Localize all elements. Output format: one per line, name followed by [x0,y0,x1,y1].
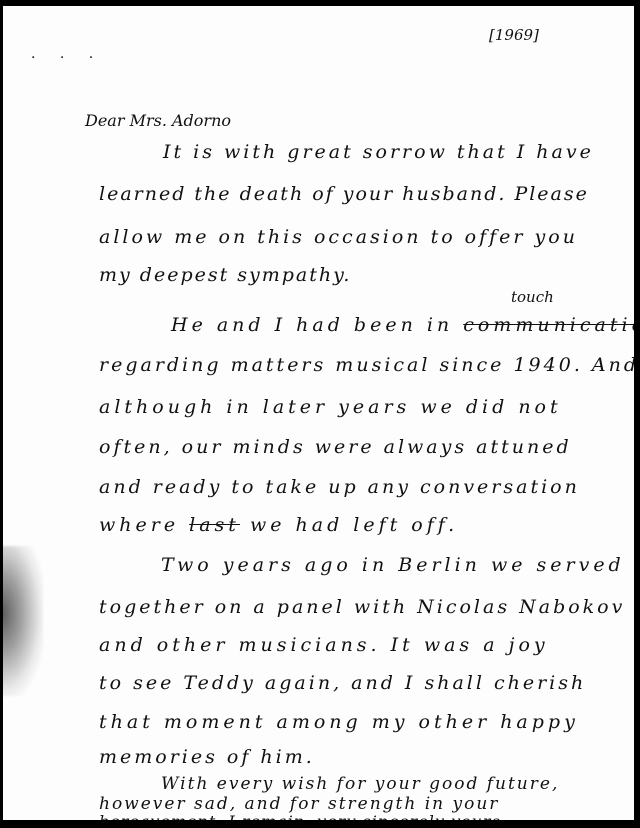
inserted-word: touch [511,288,554,306]
letter-line-14: to see Teddy again, and I shall cherish [99,672,586,694]
line-10-text: where [99,514,189,536]
letter-line-9: and ready to take up any conversation [99,476,580,498]
letter-date: [1969] [489,26,539,44]
line-10-tail: we had left off. [240,514,458,536]
letter-page: . . . [1969] Dear Mrs. Adorno It is with… [3,6,634,820]
letter-line-5: He and I had been in communication [171,314,634,336]
letter-line-6: regarding matters musical since 1940. An… [99,354,634,376]
struck-word: last [189,514,240,536]
line-5-text: He and I had been in [171,314,463,336]
letter-line-17: With every wish for your good future, [161,774,559,794]
corner-marks: . . . [31,46,103,62]
letter-line-11: Two years ago in Berlin we served [161,554,625,576]
letter-line-8: often, our minds were always attuned [99,436,572,458]
letter-line-2: learned the death of your husband. Pleas… [99,183,589,205]
letter-line-10: where last we had left off. [99,514,458,536]
ink-smudge [3,546,43,696]
letter-line-3: allow me on this occasion to offer you [99,226,578,248]
letter-line-16: memories of him. [99,746,315,768]
letter-line-13: and other musicians. It was a joy [99,634,549,656]
letter-line-18: however sad, and for strength in your [99,794,499,814]
struck-word: communication [463,314,634,336]
letter-line-7: although in later years we did not [99,396,562,418]
letter-line-1: It is with great sorrow that I have [163,141,594,163]
letter-line-4: my deepest sympathy. [99,264,351,286]
letter-line-12: together on a panel with Nicolas Nabokov [99,596,625,618]
letter-line-19: bereavement, I remain, very sincerely yo… [99,812,501,820]
letter-line-15: that moment among my other happy [99,711,579,733]
salutation: Dear Mrs. Adorno [85,111,231,130]
